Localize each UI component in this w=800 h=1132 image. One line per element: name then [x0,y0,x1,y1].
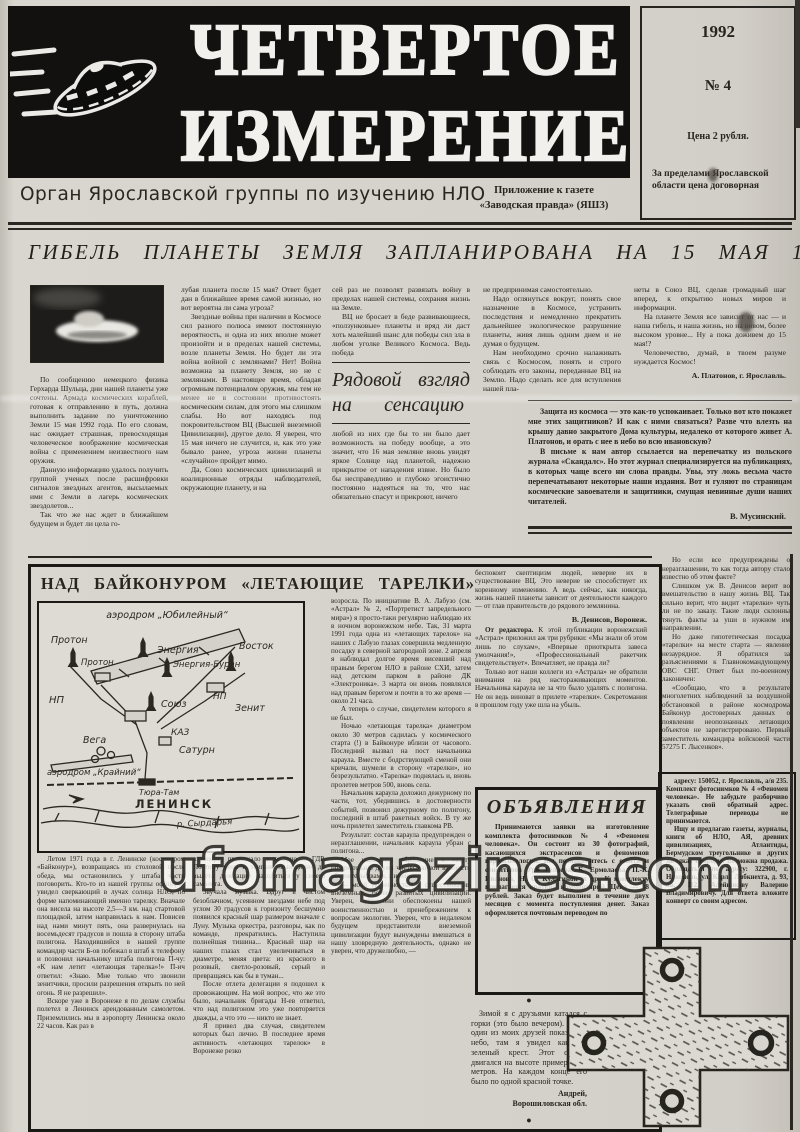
column-paragraphs: сей раз не позволят развязать войну в пр… [332,285,470,357]
masthead-rule [8,222,792,230]
paragraph: Ночью «летающая тарелка» диаметром около… [331,722,471,789]
issue-number: № 4 [642,78,794,95]
lead-column-3: сей раз не позволят развязать войну в пр… [332,285,470,501]
paragraph: беспокоит скептицизм людей, неверие их в… [475,569,647,611]
map-label-airfield-krainy: аэродром „Крайний“ [47,768,141,778]
editor-note-signature: В. Мусинский. [528,511,786,521]
paragraph: В письме к нам автор ссылается на перепе… [528,447,792,507]
title-line-1: ЧЕТВЕРТОЕ [180,8,632,94]
issue-info-box: 1992 № 4 Цена 2 рубля. За пределами Ярос… [640,6,796,220]
baikonur-column-d: беспокоит скептицизм людей, неверие их в… [475,569,647,710]
map-label-leninsk: ЛЕНИНСК [135,797,213,811]
supplement-line-2: «Заводская правда» (ЯШЗ) [458,198,630,213]
ufo-logo-icon [10,24,180,154]
paragraph: Надо оглянуться вокруг, понять свое назн… [483,294,621,348]
masthead: ЧЕТВЕРТОЕ ИЗМЕРЕНИЕ [8,6,630,178]
paragraph: ВЦ не бросает в беде развивающиеся, «пол… [332,312,470,357]
lead-column-5: неты в Союз ВЦ, сделав громадный шаг впе… [634,285,786,380]
organ-line: Орган Ярославской группы по изучению НЛО [20,184,486,205]
section-rule [28,556,652,558]
paragraph: любой из них где бы то ни было дает возм… [332,429,470,501]
map-label-airfield-yubileyny: аэродром „Юбилейный“ [106,610,228,621]
column-paragraphs: Только вот наши коллеги из «Астрала» не … [475,668,647,710]
scan-edge-mark [795,0,800,128]
denisov-signature: В. Денисов, Воронеж. [475,616,647,624]
paragraph: лубая планета после 15 мая? Ответ будет … [181,285,321,312]
paragraph: Человечество, думай, в твоем разуме нужд… [634,348,786,366]
map-label-tyuratam: Тюра-Там [139,788,179,797]
supplement-note: Приложение к газете «Заводская правда» (… [458,183,630,213]
map-label-np-left: НП [49,695,65,706]
price-note: За пределами Ярославской области цена до… [652,168,784,192]
paragraph: возросла. По инициативе В. А. Лабузо (см… [331,597,471,705]
paragraph: не предпринимая самостоятельно. [483,285,621,294]
paragraph: По сообщению немецкого физика Герхарда Ш… [30,375,168,465]
watermark: ufomagazines.com [158,838,668,904]
divider [332,423,470,424]
paragraph: Да, Союз космических цивилизаций и коали… [181,465,321,492]
editorial-lead: От редактора. [485,626,533,634]
paragraph: неты в Союз ВЦ, сделав громадный шаг впе… [634,285,786,312]
paragraph: Защита из космоса — это как-то успокаива… [528,407,792,447]
column-paragraphs: любой из них где бы то ни было дает возм… [332,429,470,501]
paragraph: адресу: 150052, г. Ярославль, а/я 235. К… [666,778,788,826]
map-label-saturn: Сатурн [179,745,215,756]
column-paragraphs: беспокоит скептицизм людей, неверие их в… [475,569,647,611]
map-label-proton: Протон [51,635,88,646]
divider [528,526,792,534]
paragraph: После отлета делегации я подошел к прово… [193,980,325,1022]
lead-subhead: Рядовойвзгляд насенсацию [332,368,470,418]
newspaper-page: ЧЕТВЕРТОЕ ИЗМЕРЕНИЕ 1992 № 4 Цена 2 рубл… [0,0,800,1132]
paragraph: А теперь о случае, свидетелем которого я… [331,705,471,722]
ufo-photo [30,285,164,363]
paragraph: Данную информацию удалось получить групп… [30,465,168,510]
map-label-energia: Энергия [156,645,199,656]
paragraph: Только вот наши коллеги из «Астрала» не … [475,668,647,710]
paragraph: Нам необходимо срочно налаживать связь с… [483,348,621,393]
supplement-line-1: Приложение к газете [458,183,630,198]
lead-column-2: лубая планета после 15 мая? Ответ будет … [181,285,321,492]
editor-note: Защита из космоса — это как-то успокаива… [528,400,792,534]
baikonur-column-e: Но если все предупреждены о неразглашени… [662,556,790,752]
paragraph: Слишком уж В. Денисов верит во вмешатель… [662,582,790,633]
divider [332,362,470,363]
column-paragraphs: не предпринимая самостоятельно.Надо огля… [483,285,621,393]
baikonur-map: аэродром „Юбилейный“ Протон Протон НП Эн… [37,601,305,853]
map-label-zenit: Зенит [235,703,265,714]
paragraph: сей раз не позволят развязать войну в пр… [332,285,470,312]
map-label-soyuz: Союз [161,699,187,710]
baikonur-headline: НАД БАЙКОНУРОМ «ЛЕТАЮЩИЕ ТАРЕЛКИ» [39,574,477,594]
paragraph: Но даже гипотетическая посадка «тарелки»… [662,633,790,684]
map-label-energia-buran: Энергия-Буран [172,660,241,670]
paragraph: Так что же нас ждет в ближайшем будущем … [30,510,168,528]
editorial-comment: От редактора. К этой публикации воронежс… [475,626,647,668]
map-label-syrdarya: р. Сырдарья [176,817,233,830]
map-label-proton-2: Протон [81,658,114,668]
lead-column-1: По сообщению немецкого физика Герхарда Ш… [30,285,168,528]
green-cross-drawing [564,944,792,1130]
map-label-vega: Вега [83,735,106,746]
ink-stain [708,168,718,182]
lead-signature: А. Платонов, г. Ярославль. [634,371,786,380]
paragraph: Звездные войны при наличии в Космосе сил… [181,312,321,465]
ink-stain [738,312,754,332]
column-paragraphs: лубая планета после 15 мая? Ответ будет … [181,285,321,492]
classifieds-title: ОБЪЯВЛЕНИЯ [478,796,656,819]
title-line-2: ИЗМЕРЕНИЕ [180,94,632,180]
newspaper-title: ЧЕТВЕРТОЕ ИЗМЕРЕНИЕ [180,8,632,180]
paragraph: Вскоре уже в Воронеже я по делам службы … [37,997,185,1030]
paragraph: «Сообщаю, что в результате многолетних н… [662,684,790,752]
issue-price: Цена 2 рубля. [642,131,794,142]
map-label-vostok: Восток [239,641,274,652]
column-paragraphs: Но если все предупреждены о неразглашени… [662,556,790,752]
paragraph: Начальник караула доложил дежурному по ч… [331,789,471,831]
issue-year: 1992 [642,22,794,42]
column-paragraphs: неты в Союз ВЦ, сделав громадный шаг впе… [634,285,786,366]
lead-headline: ГИБЕЛЬ ПЛАНЕТЫ ЗЕМЛЯ ЗАПЛАНИРОВАНА НА 15… [28,240,792,265]
paper-crease [0,396,800,401]
map-label-kaz: КАЗ [171,728,190,738]
map-label-np-right: НП [213,692,227,702]
editor-note-text: Защита из космоса — это как-то успокаива… [528,407,792,507]
paragraph: На планете Земля все зависит от нас — и … [634,312,786,348]
lead-column-4: не предпринимая самостоятельно.Надо огля… [483,285,621,393]
paragraph: Я привел два случая, свидетелем которых … [193,1022,325,1055]
paragraph: Но если все предупреждены о неразглашени… [662,556,790,582]
